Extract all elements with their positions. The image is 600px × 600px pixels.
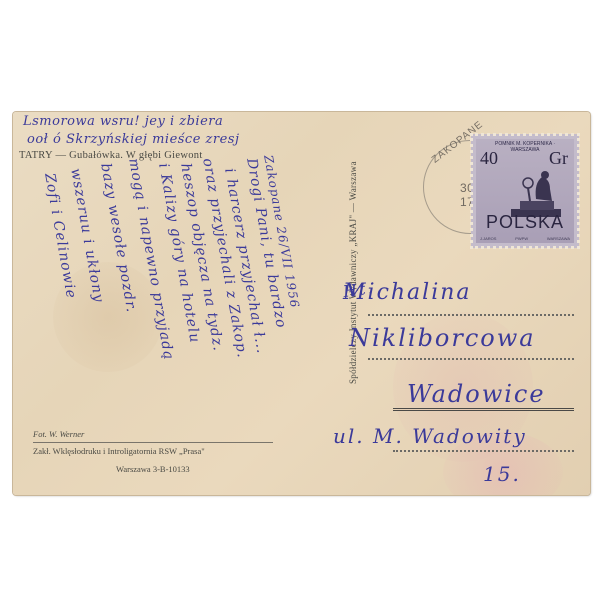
stamp-face: POMNIK M. KOPERNIKA · WARSZAWA 40 Gr POL… bbox=[476, 139, 574, 243]
message-line: ooł ó Skrzyńskiej mieśce zresj bbox=[27, 132, 240, 147]
postage-stamp: POMNIK M. KOPERNIKA · WARSZAWA 40 Gr POL… bbox=[471, 134, 579, 248]
stamp-currency: Gr bbox=[549, 148, 568, 169]
photographer-credit: Fot. W. Werner bbox=[33, 429, 84, 439]
print-code: Warszawa 3-B-10133 bbox=[116, 464, 190, 474]
stamp-value: 40 bbox=[480, 148, 498, 169]
postcard-back: Lsmorowa wsru! jey i zbiera ooł ó Skrzyń… bbox=[13, 112, 590, 495]
address-line: Nikliborcowa bbox=[349, 324, 536, 352]
address-line: 15. bbox=[483, 462, 521, 486]
stamp-country: POLSKA bbox=[476, 212, 574, 233]
stamp-city: WARSZAWA bbox=[547, 236, 570, 241]
picture-caption: TATRY — Gubałówka. W głębi Giewont bbox=[19, 150, 203, 161]
divider bbox=[33, 442, 273, 443]
address-rule bbox=[368, 314, 574, 316]
stamp-printer: PWPW bbox=[515, 236, 528, 241]
address-line: Wadowice bbox=[407, 380, 546, 408]
stamp-designer: J.JAROS bbox=[480, 236, 496, 241]
address-rule bbox=[393, 408, 574, 411]
stamp-imprint: J.JAROS PWPW WARSZAWA bbox=[480, 236, 570, 241]
address-line: Michalina bbox=[343, 280, 472, 305]
address-rule bbox=[368, 358, 574, 360]
message-line: Lsmorowa wsru! jey i zbiera bbox=[23, 114, 223, 129]
printer-credit: Zakł. Wklęsłodruku i Introligatornia RSW… bbox=[33, 446, 205, 456]
address-rule bbox=[393, 450, 574, 452]
address-line: ul. M. Wadowity bbox=[333, 424, 527, 448]
